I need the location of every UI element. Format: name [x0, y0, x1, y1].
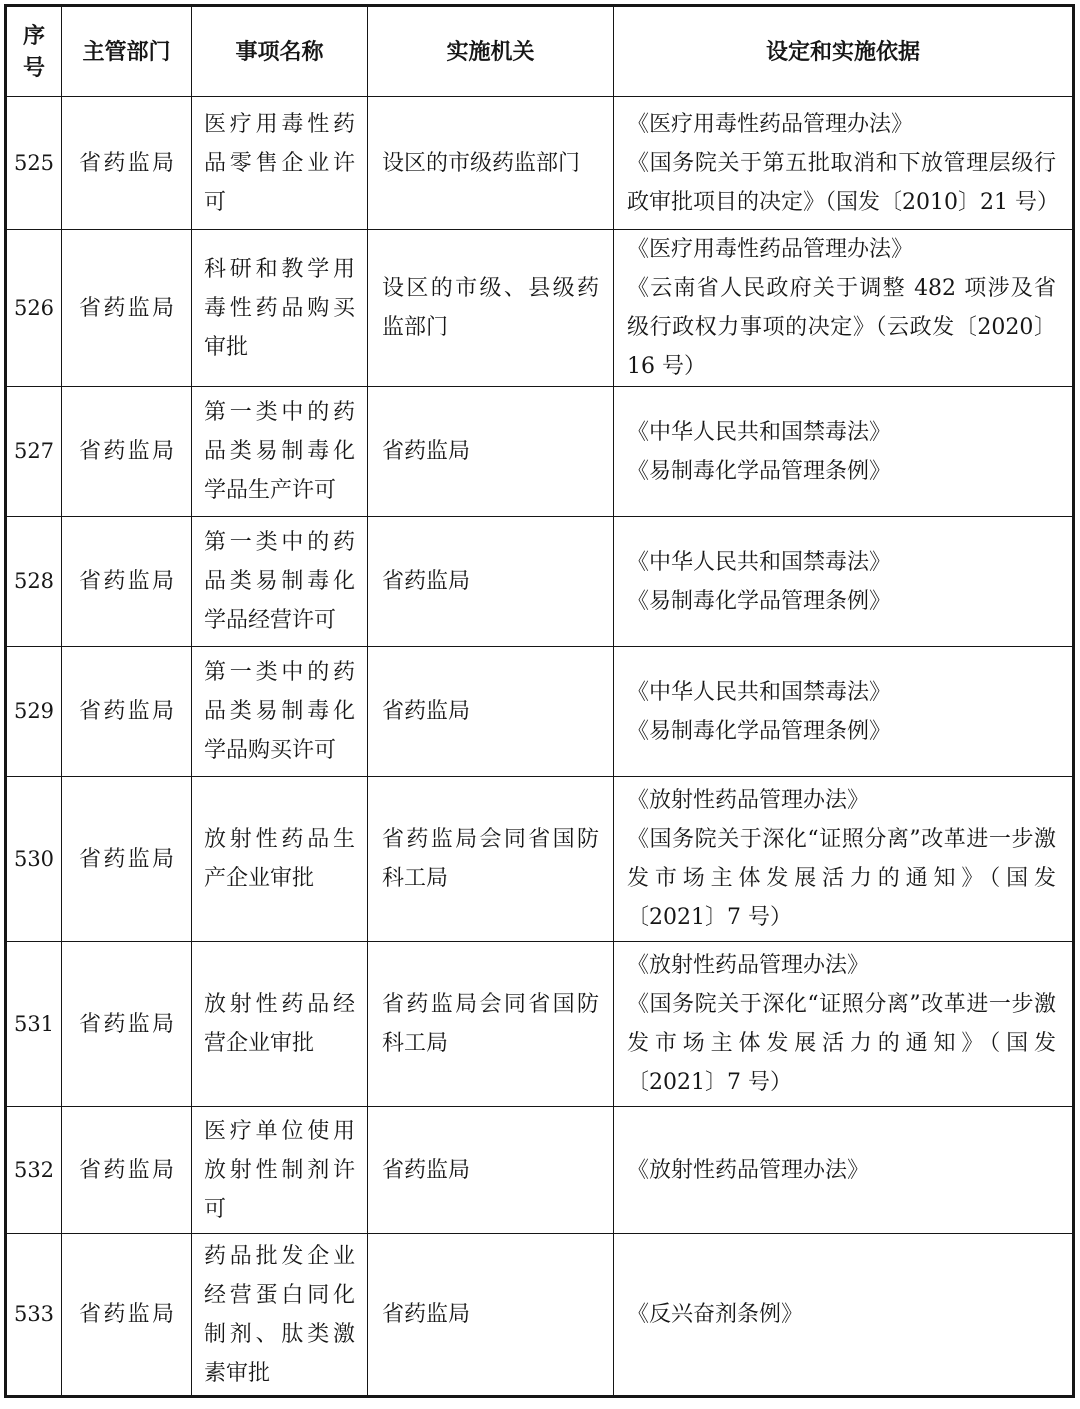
basis-cell: 《医疗用毒性药品管理办法》 《云南省人民政府关于调整 482 项涉及省级行政权力…: [614, 230, 1074, 387]
header-basis: 设定和实施依据: [614, 6, 1074, 97]
page: { "table": { "headers": { "no": "序号", "d…: [0, 4, 1080, 1409]
department-cell: 省药监局: [62, 387, 192, 517]
table-row-527: 527 省药监局 第一类中的药品类易制毒化学品生产许可 省药监局 《中华人民共和…: [6, 387, 1074, 517]
header-department: 主管部门: [62, 6, 192, 97]
agency-cell: 省药监局: [368, 1107, 614, 1234]
department-cell: 省药监局: [62, 517, 192, 647]
agency-cell: 设区的市级、县级药监部门: [368, 230, 614, 387]
table-row-528: 528 省药监局 第一类中的药品类易制毒化学品经营许可 省药监局 《中华人民共和…: [6, 517, 1074, 647]
item-name-cell: 医疗用毒性药品零售企业许可: [192, 97, 368, 230]
item-name-cell: 科研和教学用毒性药品购买审批: [192, 230, 368, 387]
basis-entry: 《医疗用毒性药品管理办法》: [627, 105, 1056, 144]
agency-cell: 省药监局会同省国防科工局: [368, 942, 614, 1107]
serial-number-cell: 528: [6, 517, 62, 647]
basis-cell: 《反兴奋剂条例》: [614, 1234, 1074, 1397]
department-cell: 省药监局: [62, 942, 192, 1107]
table-row-525: 525 省药监局 医疗用毒性药品零售企业许可 设区的市级药监部门 《医疗用毒性药…: [6, 97, 1074, 230]
basis-entry: 《易制毒化学品管理条例》: [627, 452, 1056, 491]
item-name-cell: 放射性药品生产企业审批: [192, 777, 368, 942]
basis-entry: 《国务院关于深化“证照分离”改革进一步激发市场主体发展活力的通知》（国发〔202…: [627, 985, 1056, 1102]
department-cell: 省药监局: [62, 647, 192, 777]
table-row-532: 532 省药监局 医疗单位使用放射性制剂许可 省药监局 《放射性药品管理办法》: [6, 1107, 1074, 1234]
table-row-533: 533 省药监局 药品批发企业经营蛋白同化制剂、肽类激素审批 省药监局 《反兴奋…: [6, 1234, 1074, 1397]
item-name-cell: 第一类中的药品类易制毒化学品生产许可: [192, 387, 368, 517]
basis-entry: 《反兴奋剂条例》: [627, 1295, 1056, 1334]
basis-entry: 《云南省人民政府关于调整 482 项涉及省级行政权力事项的决定》（云政发〔202…: [627, 269, 1056, 386]
serial-number-cell: 531: [6, 942, 62, 1107]
table-row-529: 529 省药监局 第一类中的药品类易制毒化学品购买许可 省药监局 《中华人民共和…: [6, 647, 1074, 777]
header-implementing-agency: 实施机关: [368, 6, 614, 97]
basis-entry: 《易制毒化学品管理条例》: [627, 582, 1056, 621]
header-serial-number-label: 序号: [20, 20, 48, 84]
item-name-cell: 放射性药品经营企业审批: [192, 942, 368, 1107]
table-header: 序号 主管部门 事项名称 实施机关 设定和实施依据: [6, 6, 1074, 97]
approval-items-table: 序号 主管部门 事项名称 实施机关 设定和实施依据 525 省药监局 医疗用毒性…: [4, 4, 1075, 1398]
serial-number-cell: 529: [6, 647, 62, 777]
department-cell: 省药监局: [62, 97, 192, 230]
header-row: 序号 主管部门 事项名称 实施机关 设定和实施依据: [6, 6, 1074, 97]
department-cell: 省药监局: [62, 1234, 192, 1397]
serial-number-cell: 530: [6, 777, 62, 942]
table-row-526: 526 省药监局 科研和教学用毒性药品购买审批 设区的市级、县级药监部门 《医疗…: [6, 230, 1074, 387]
header-serial-number: 序号: [6, 6, 62, 97]
item-name-cell: 药品批发企业经营蛋白同化制剂、肽类激素审批: [192, 1234, 368, 1397]
basis-entry: 《放射性药品管理办法》: [627, 1151, 1056, 1190]
item-name-cell: 第一类中的药品类易制毒化学品经营许可: [192, 517, 368, 647]
basis-cell: 《放射性药品管理办法》: [614, 1107, 1074, 1234]
agency-cell: 省药监局: [368, 517, 614, 647]
basis-cell: 《中华人民共和国禁毒法》 《易制毒化学品管理条例》: [614, 517, 1074, 647]
serial-number-cell: 526: [6, 230, 62, 387]
serial-number-cell: 532: [6, 1107, 62, 1234]
item-name-cell: 医疗单位使用放射性制剂许可: [192, 1107, 368, 1234]
basis-entry: 《国务院关于深化“证照分离”改革进一步激发市场主体发展活力的通知》（国发〔202…: [627, 820, 1056, 937]
agency-cell: 省药监局: [368, 647, 614, 777]
department-cell: 省药监局: [62, 1107, 192, 1234]
basis-entry: 《国务院关于第五批取消和下放管理层级行政审批项目的决定》（国发〔2010〕21 …: [627, 144, 1056, 222]
basis-entry: 《放射性药品管理办法》: [627, 781, 1056, 820]
table-row-530: 530 省药监局 放射性药品生产企业审批 省药监局会同省国防科工局 《放射性药品…: [6, 777, 1074, 942]
table-body: 525 省药监局 医疗用毒性药品零售企业许可 设区的市级药监部门 《医疗用毒性药…: [6, 97, 1074, 1397]
basis-cell: 《中华人民共和国禁毒法》 《易制毒化学品管理条例》: [614, 647, 1074, 777]
department-cell: 省药监局: [62, 230, 192, 387]
basis-entry: 《医疗用毒性药品管理办法》: [627, 230, 1056, 269]
agency-cell: 省药监局会同省国防科工局: [368, 777, 614, 942]
serial-number-cell: 525: [6, 97, 62, 230]
header-item-name: 事项名称: [192, 6, 368, 97]
agency-cell: 省药监局: [368, 1234, 614, 1397]
basis-entry: 《易制毒化学品管理条例》: [627, 712, 1056, 751]
agency-cell: 设区的市级药监部门: [368, 97, 614, 230]
basis-cell: 《中华人民共和国禁毒法》 《易制毒化学品管理条例》: [614, 387, 1074, 517]
basis-cell: 《医疗用毒性药品管理办法》 《国务院关于第五批取消和下放管理层级行政审批项目的决…: [614, 97, 1074, 230]
basis-entry: 《放射性药品管理办法》: [627, 946, 1056, 985]
basis-entry: 《中华人民共和国禁毒法》: [627, 413, 1056, 452]
table-row-531: 531 省药监局 放射性药品经营企业审批 省药监局会同省国防科工局 《放射性药品…: [6, 942, 1074, 1107]
basis-entry: 《中华人民共和国禁毒法》: [627, 543, 1056, 582]
serial-number-cell: 527: [6, 387, 62, 517]
basis-entry: 《中华人民共和国禁毒法》: [627, 673, 1056, 712]
basis-cell: 《放射性药品管理办法》 《国务院关于深化“证照分离”改革进一步激发市场主体发展活…: [614, 777, 1074, 942]
item-name-cell: 第一类中的药品类易制毒化学品购买许可: [192, 647, 368, 777]
department-cell: 省药监局: [62, 777, 192, 942]
basis-cell: 《放射性药品管理办法》 《国务院关于深化“证照分离”改革进一步激发市场主体发展活…: [614, 942, 1074, 1107]
serial-number-cell: 533: [6, 1234, 62, 1397]
agency-cell: 省药监局: [368, 387, 614, 517]
